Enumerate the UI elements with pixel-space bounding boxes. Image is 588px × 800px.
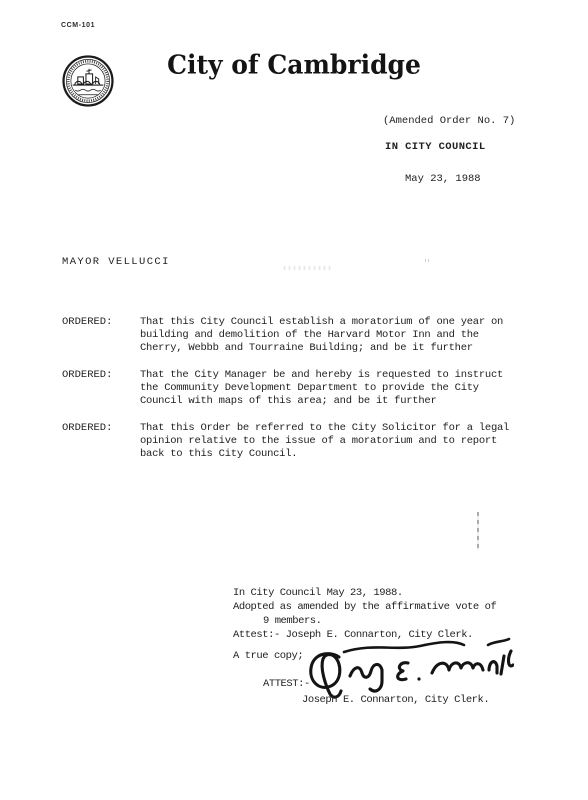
in-city-council-heading: IN CITY COUNCIL (385, 141, 486, 153)
order-text-line: opinion relative to the issue of a morat… (140, 435, 509, 448)
order-text-line: back to this City Council. (140, 448, 509, 461)
order-row: ORDERED: That the City Manager be and he… (62, 369, 532, 408)
closing-members-line: 9 members. (263, 614, 496, 628)
document-page: CCM-101 City of Cambridge (Amended Order… (0, 0, 588, 800)
form-number: CCM-101 (61, 22, 95, 29)
order-row: ORDERED: That this City Council establis… (62, 316, 532, 355)
scan-artifact (425, 259, 431, 262)
closing-adopted-line: Adopted as amended by the affirmative vo… (233, 600, 496, 614)
order-text-line: Cherry, Webbb and Tourraine Building; an… (140, 342, 503, 355)
order-label: ORDERED: (62, 369, 140, 408)
closing-block: In City Council May 23, 1988. Adopted as… (233, 586, 496, 642)
clerk-signature (292, 636, 514, 702)
order-text-line: That the City Manager be and hereby is r… (140, 369, 503, 382)
scan-artifact-vertical (477, 512, 479, 550)
order-label: ORDERED: (62, 422, 140, 461)
document-date: May 23, 1988 (405, 173, 481, 185)
scan-artifact (284, 266, 330, 270)
order-text: That the City Manager be and hereby is r… (140, 369, 503, 408)
order-row: ORDERED: That this Order be referred to … (62, 422, 532, 461)
order-text-line: That this City Council establish a morat… (140, 316, 503, 329)
mayor-line: MAYOR VELLUCCI (62, 256, 170, 268)
closing-council-line: In City Council May 23, 1988. (233, 586, 496, 600)
order-text-line: That this Order be referred to the City … (140, 422, 509, 435)
document-title: City of Cambridge (0, 49, 588, 79)
orders-section: ORDERED: That this City Council establis… (62, 316, 532, 475)
clerk-typed-name: Joseph E. Connarton, City Clerk. (302, 694, 489, 706)
order-text-line: building and demolition of the Harvard M… (140, 329, 503, 342)
order-text: That this Order be referred to the City … (140, 422, 509, 461)
amended-order-note: (Amended Order No. 7) (383, 115, 515, 127)
order-label: ORDERED: (62, 316, 140, 355)
order-text: That this City Council establish a morat… (140, 316, 503, 355)
order-text-line: Council with maps of this area; and be i… (140, 395, 503, 408)
order-text-line: the Community Development Department to … (140, 382, 503, 395)
